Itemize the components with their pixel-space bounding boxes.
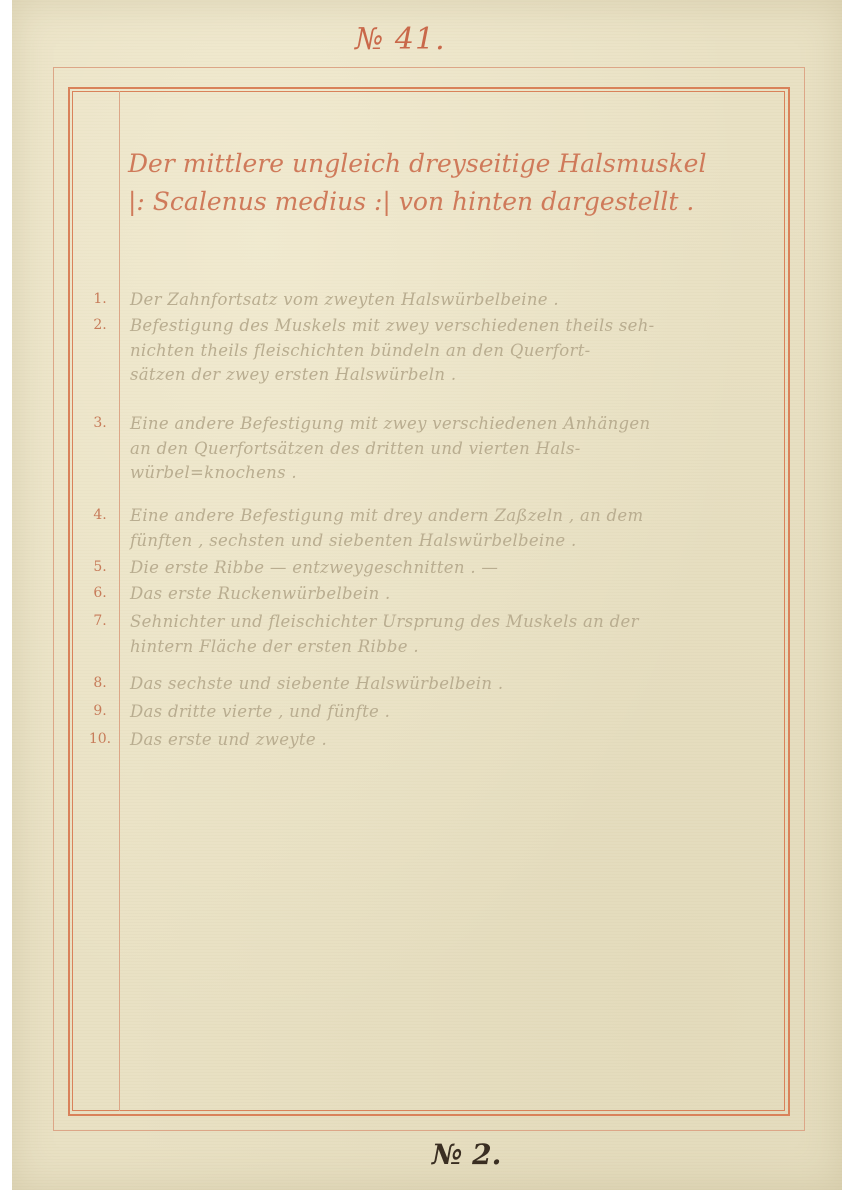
- outer-border-left: [53, 67, 54, 1131]
- item-text: Das sechste und siebente Halswürbelbein …: [130, 672, 778, 697]
- inner-border-bottom-b: [72, 1110, 785, 1111]
- item-number: 5.: [88, 559, 112, 575]
- top-sheet-number: № 41.: [355, 22, 446, 57]
- title-line-2: |: Scalenus medius :| von hinten dargest…: [128, 183, 778, 221]
- item-number: 8.: [88, 675, 112, 691]
- item-number: 1.: [88, 291, 112, 307]
- item-number: 7.: [88, 613, 112, 629]
- title-line-1: Der mittlere ungleich dreyseitige Halsmu…: [128, 145, 778, 183]
- item-number: 9.: [88, 703, 112, 719]
- item-number: 2.: [88, 317, 112, 333]
- item-text: Sehnichter und fleischichter Ursprung de…: [130, 610, 778, 659]
- item-text: Eine andere Befestigung mit zwey verschi…: [130, 412, 778, 486]
- inner-border-left-a: [68, 87, 70, 1116]
- item-number: 10.: [88, 731, 112, 747]
- inner-border-right-a: [788, 87, 790, 1116]
- item-number: 6.: [88, 585, 112, 601]
- inner-border-top-b: [72, 91, 785, 92]
- item-text: Das dritte vierte , und fünfte .: [130, 700, 778, 725]
- item-text: Das erste und zweyte .: [130, 728, 778, 753]
- inner-border-left-b: [72, 91, 73, 1111]
- item-text: Eine andere Befestigung mit drey andern …: [130, 504, 778, 553]
- item-number: 3.: [88, 415, 112, 431]
- inner-border-bottom-a: [68, 1114, 789, 1116]
- numeral-column-rule: [119, 91, 120, 1111]
- outer-border-bottom: [53, 1130, 805, 1131]
- page-title: Der mittlere ungleich dreyseitige Halsmu…: [128, 145, 778, 221]
- inner-border-right-b: [784, 91, 785, 1111]
- item-text: Das erste Ruckenwürbelbein .: [130, 582, 778, 607]
- item-text: Der Zahnfortsatz vom zweyten Halswürbelb…: [130, 288, 778, 313]
- item-text: Die erste Ribbe — entzweygeschnitten . —: [130, 556, 778, 581]
- item-number: 4.: [88, 507, 112, 523]
- bottom-sheet-number: № 2.: [432, 1138, 501, 1171]
- outer-border-right: [804, 67, 805, 1131]
- item-text: Befestigung des Muskels mit zwey verschi…: [130, 314, 778, 388]
- outer-border-top: [53, 67, 805, 68]
- inner-border-top-a: [68, 87, 789, 89]
